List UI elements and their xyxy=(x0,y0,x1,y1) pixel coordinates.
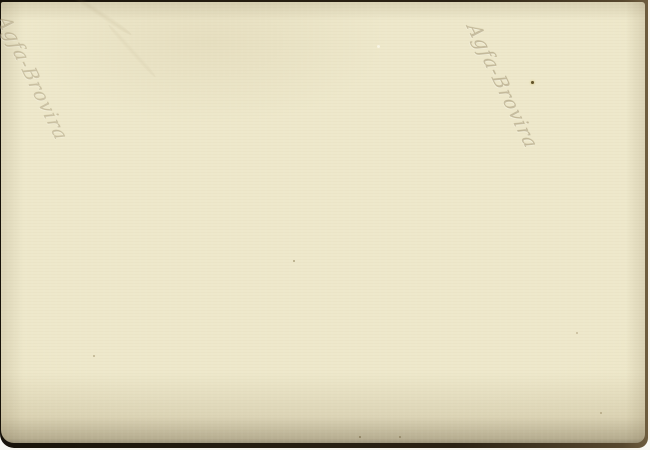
paper-speck xyxy=(600,412,602,414)
paper-speck xyxy=(377,45,380,48)
agfa-brovira-watermark-left: Agfa-Brovira xyxy=(0,14,73,143)
paper-speck xyxy=(93,355,95,357)
paper-speck xyxy=(576,332,578,334)
paper-crease xyxy=(106,23,157,79)
paper-speck xyxy=(531,81,534,84)
paper-crease xyxy=(55,0,134,38)
paper-speck xyxy=(399,436,401,438)
agfa-brovira-watermark-right: Agfa-Brovira xyxy=(462,22,543,151)
paper-speck xyxy=(359,436,361,438)
photo-paper-back: Agfa-Brovira Agfa-Brovira xyxy=(1,2,645,443)
scanned-photo-back: Agfa-Brovira Agfa-Brovira xyxy=(0,0,650,450)
paper-speck xyxy=(293,260,295,262)
